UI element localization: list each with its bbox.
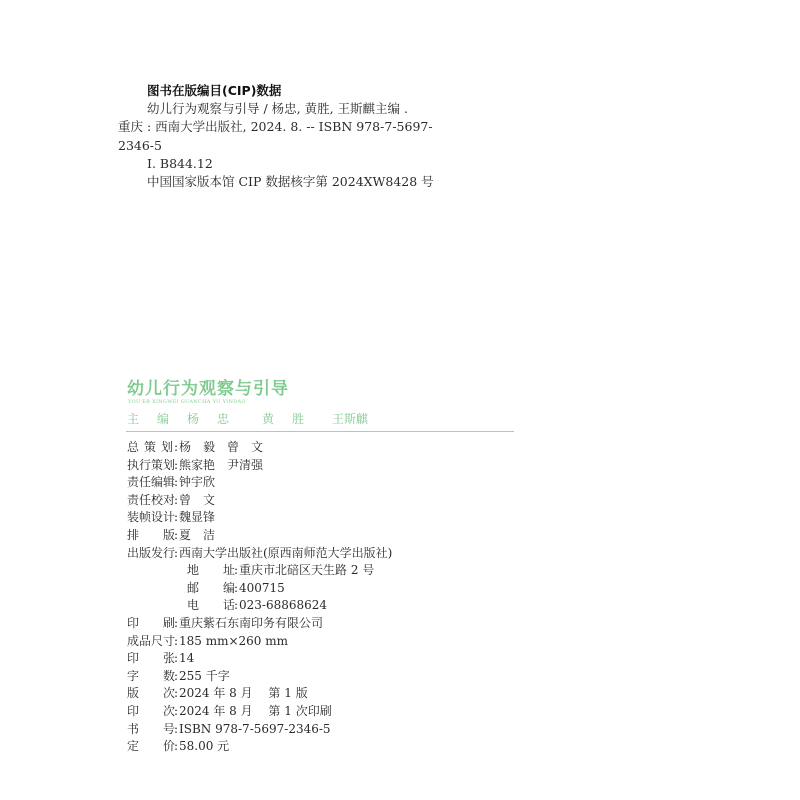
info-label: 成品尺寸 xyxy=(127,633,173,651)
divider-rule xyxy=(126,431,514,432)
info-value: 14 xyxy=(179,650,194,668)
info-row-isbn: 书 号:ISBN 978-7-5697-2346-5 xyxy=(127,721,392,739)
editors-label-char-1: 主 xyxy=(127,410,157,427)
info-row-sheets: 印 张:14 xyxy=(127,650,392,668)
info-value: 023-68868624 xyxy=(239,597,327,615)
info-label: 电 话 xyxy=(187,597,233,615)
info-label: 出版发行 xyxy=(127,545,173,563)
info-row-trim-size: 成品尺寸:185 mm×260 mm xyxy=(127,633,392,651)
info-value: ISBN 978-7-5697-2346-5 xyxy=(179,721,331,739)
info-value: 西南大学出版社(原西南师范大学出版社) xyxy=(179,545,392,563)
cip-line-publisher: 重庆 : 西南大学出版社, 2024. 8. -- ISBN 978-7-569… xyxy=(118,118,498,136)
info-row-typesetting: 排 版:夏 洁 xyxy=(127,527,392,545)
info-label: 邮 编 xyxy=(187,580,233,598)
info-value: 2024 年 8 月 第 1 版 xyxy=(179,685,308,703)
book-title: 幼儿行为观察与引导 xyxy=(127,374,289,399)
colophon-info: 总 策 划:杨 毅 曾 文 执行策划:熊家艳 尹清强 责任编辑:钟宇欣 责任校对… xyxy=(127,439,392,756)
info-row-general-planner: 总 策 划:杨 毅 曾 文 xyxy=(127,439,392,457)
cip-line-cip-number: 中国国家版本馆 CIP 数据核字第 2024XW8428 号 xyxy=(118,173,498,191)
cip-line-isbn-cont: 2346-5 xyxy=(118,137,498,155)
info-label: 执行策划 xyxy=(127,457,173,475)
info-row-postcode: 邮 编:400715 xyxy=(127,580,392,598)
info-row-executive-planner: 执行策划:熊家艳 尹清强 xyxy=(127,457,392,475)
cip-data-block: 图书在版编目(CIP)数据 幼儿行为观察与引导 / 杨忠, 黄胜, 王斯麒主编 … xyxy=(118,82,498,191)
info-label: 印 次 xyxy=(127,703,173,721)
info-value: 曾 文 xyxy=(179,492,215,510)
editor-name-char: 胜 xyxy=(292,410,332,427)
info-label: 总 策 划 xyxy=(127,439,173,457)
info-label: 书 号 xyxy=(127,721,173,739)
info-row-edition: 版 次:2024 年 8 月 第 1 版 xyxy=(127,685,392,703)
info-row-price: 定 价:58.00 元 xyxy=(127,738,392,756)
cip-line-title: 幼儿行为观察与引导 / 杨忠, 黄胜, 王斯麒主编 . xyxy=(118,100,498,118)
info-row-printer: 印 刷:重庆紫石东南印务有限公司 xyxy=(127,615,392,633)
info-value: 58.00 元 xyxy=(179,738,229,756)
cip-line-classification: Ⅰ. B844.12 xyxy=(118,155,498,173)
info-label: 印 张 xyxy=(127,650,173,668)
info-label: 印 刷 xyxy=(127,615,173,633)
info-label: 责任编辑 xyxy=(127,474,173,492)
info-row-editor: 责任编辑:钟宇欣 xyxy=(127,474,392,492)
editor-name-char: 黄 xyxy=(262,410,292,427)
info-value: 钟宇欣 xyxy=(179,474,215,492)
info-label: 装帧设计 xyxy=(127,509,173,527)
editors-label-char-2: 编 xyxy=(157,410,187,427)
info-row-word-count: 字 数:255 千字 xyxy=(127,668,392,686)
info-row-printing: 印 次:2024 年 8 月 第 1 次印刷 xyxy=(127,703,392,721)
info-row-publisher: 出版发行:西南大学出版社(原西南师范大学出版社) xyxy=(127,545,392,563)
info-label: 字 数 xyxy=(127,668,173,686)
editor-name-char: 忠 xyxy=(217,410,262,427)
editor-name-char: 杨 xyxy=(187,410,217,427)
info-label: 排 版 xyxy=(127,527,173,545)
info-row-address: 地 址:重庆市北碚区天生路 2 号 xyxy=(127,562,392,580)
info-row-phone: 电 话:023-68868624 xyxy=(127,597,392,615)
info-value: 魏显锋 xyxy=(179,509,215,527)
info-value: 重庆市北碚区天生路 2 号 xyxy=(239,562,374,580)
info-label: 地 址 xyxy=(187,562,233,580)
info-value: 熊家艳 尹清强 xyxy=(179,457,263,475)
info-value: 255 千字 xyxy=(179,668,230,686)
info-label: 版 次 xyxy=(127,685,173,703)
info-value: 400715 xyxy=(239,580,285,598)
info-value: 185 mm×260 mm xyxy=(179,633,288,651)
cip-heading: 图书在版编目(CIP)数据 xyxy=(118,82,498,100)
info-value: 杨 毅 曾 文 xyxy=(179,439,263,457)
info-row-designer: 装帧设计:魏显锋 xyxy=(127,509,392,527)
info-value: 2024 年 8 月 第 1 次印刷 xyxy=(179,703,332,721)
info-label: 责任校对 xyxy=(127,492,173,510)
book-title-pinyin: YOU'ER XINGWEI GUANCHA YU YINDAO xyxy=(128,399,246,405)
info-value: 重庆紫石东南印务有限公司 xyxy=(179,615,323,633)
info-value: 夏 洁 xyxy=(179,527,215,545)
editor-name: 王斯麒 xyxy=(332,410,368,427)
chief-editors: 主 编 杨 忠 黄 胜 王斯麒 xyxy=(127,410,368,427)
info-label: 定 价 xyxy=(127,738,173,756)
info-row-proofreader: 责任校对:曾 文 xyxy=(127,492,392,510)
